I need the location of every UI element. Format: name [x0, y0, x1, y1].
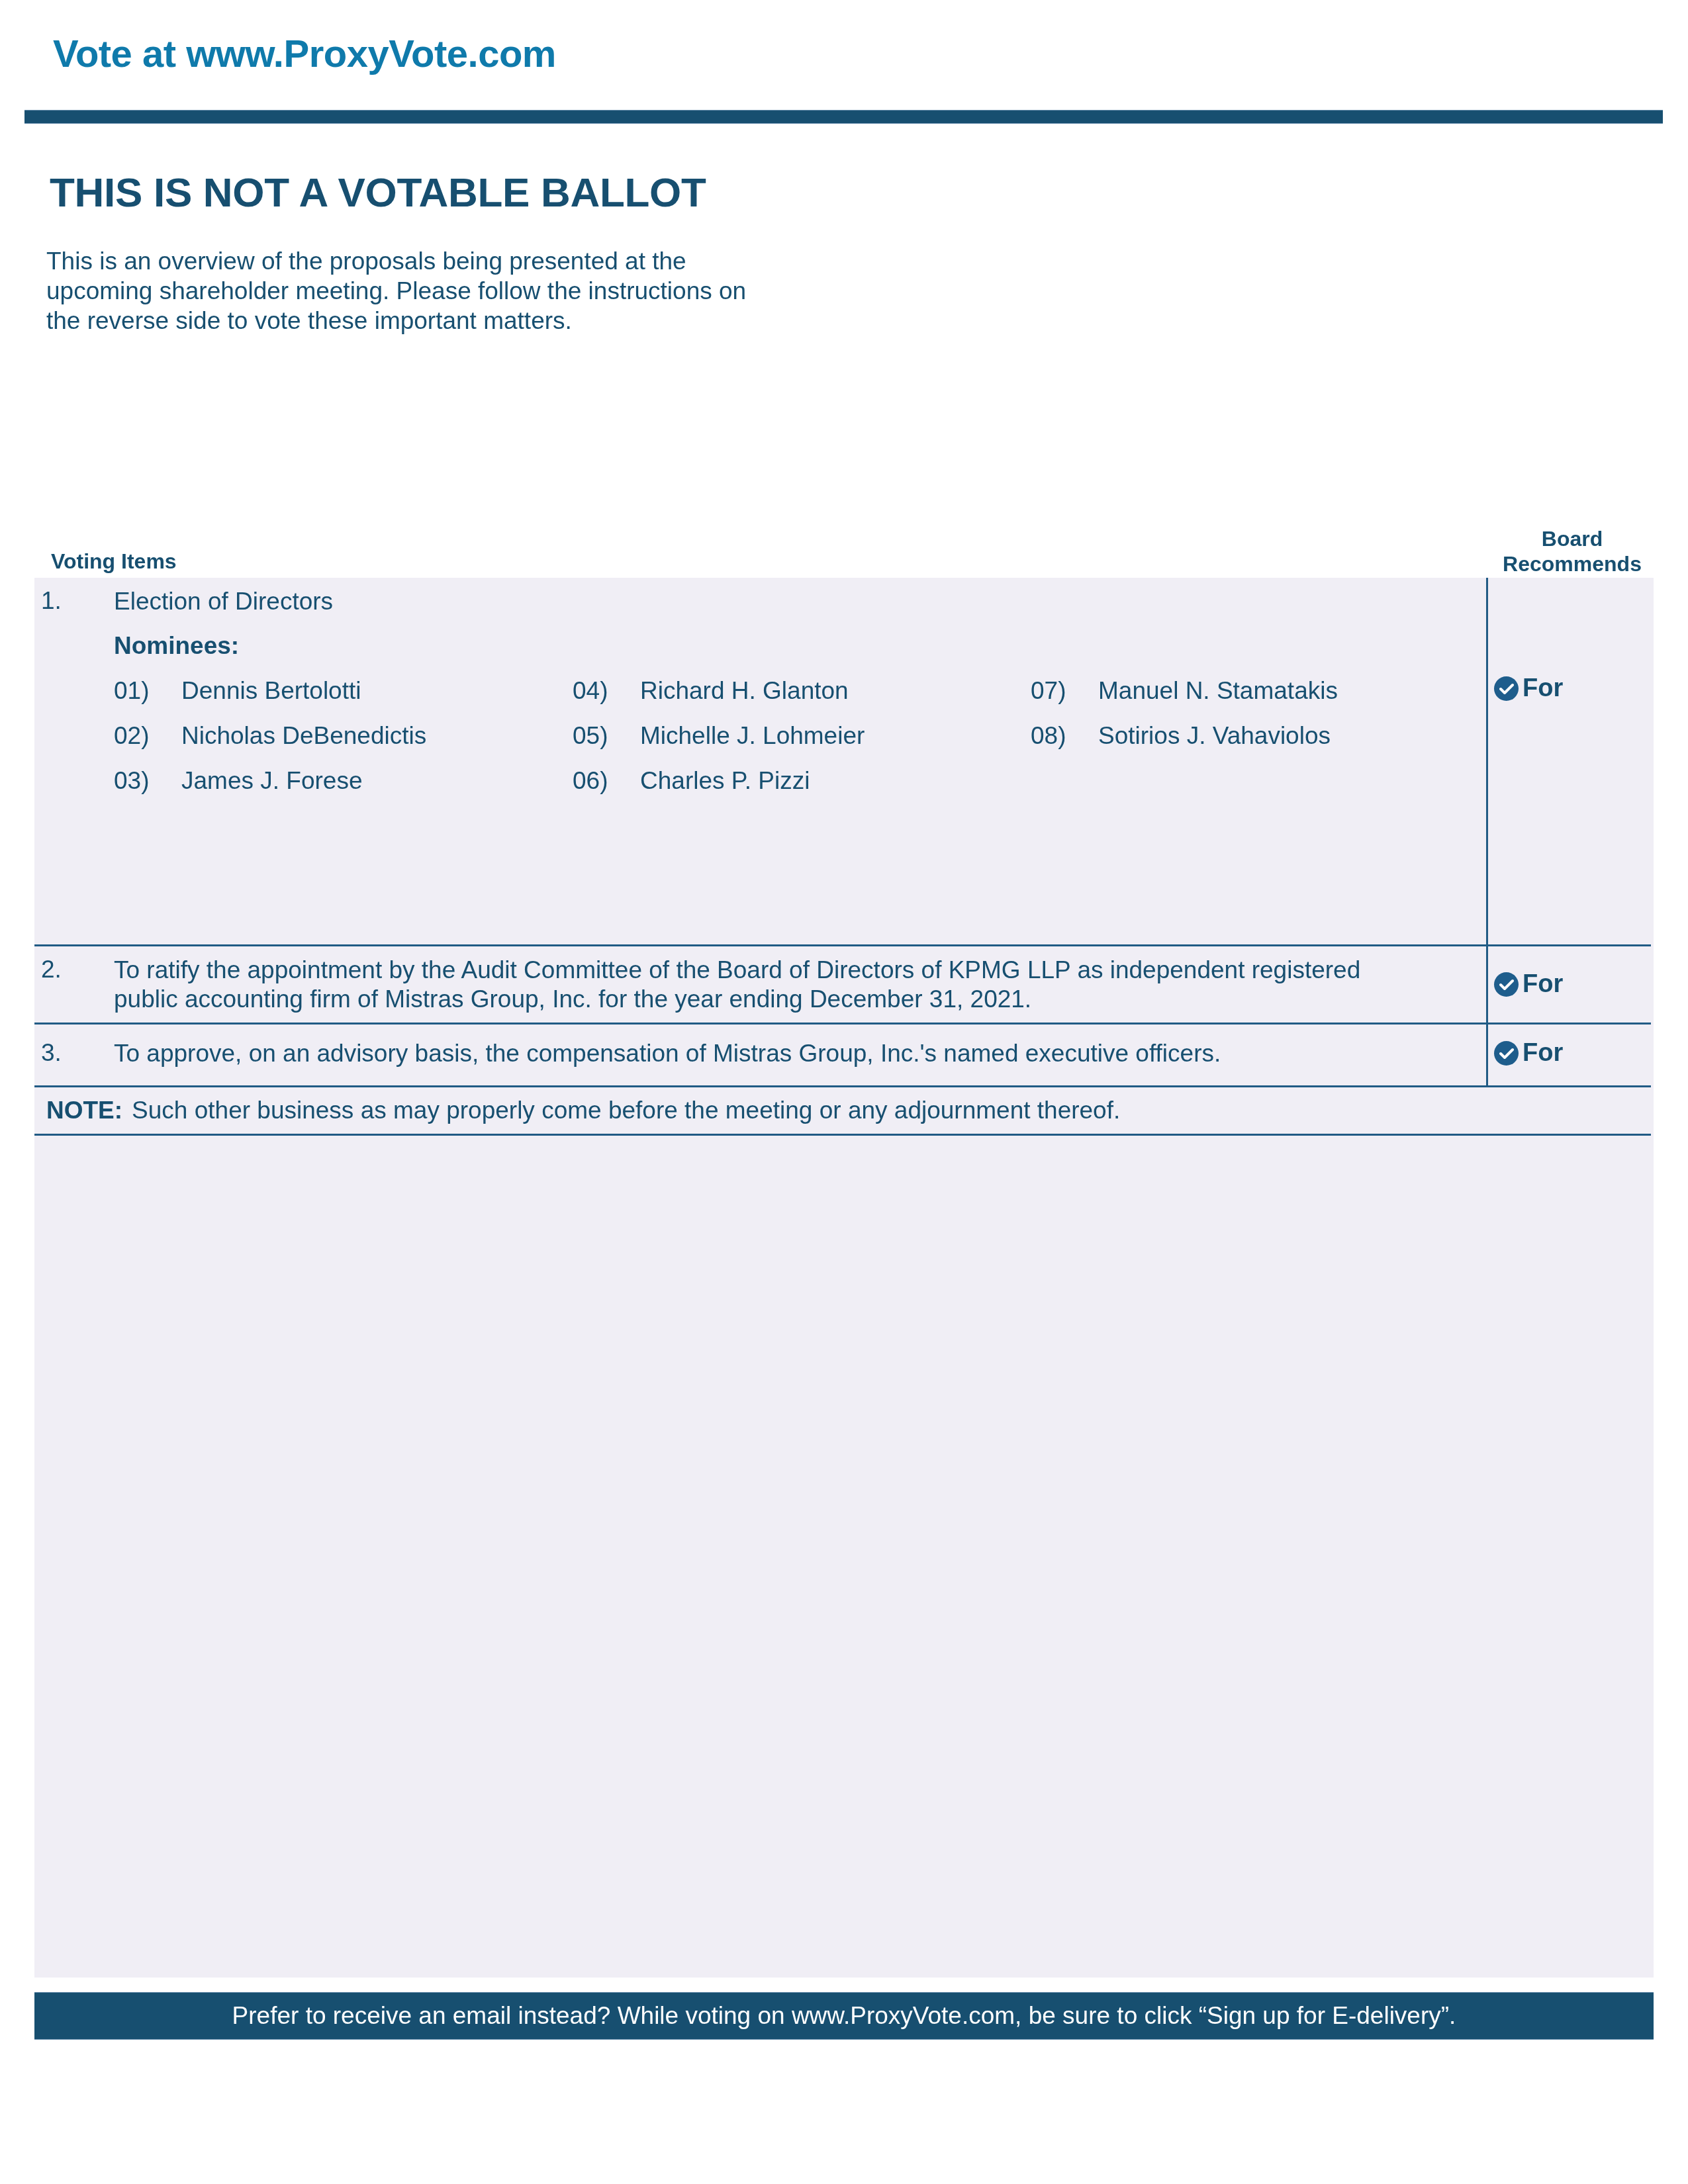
nominee-name: Sotirios J. Vahaviolos — [1098, 722, 1331, 749]
nominee-name: Dennis Bertolotti — [181, 677, 361, 704]
item-number: 2. — [41, 956, 62, 983]
item-text: To ratify the appointment by the Audit C… — [114, 956, 1360, 1014]
voting-item-1: 1. Election of Directors Nominees: 01)De… — [34, 578, 1654, 945]
nominee-number: 06) — [573, 767, 640, 795]
nominee: 08)Sotirios J. Vahaviolos — [1031, 722, 1331, 750]
nominee-number: 01) — [114, 677, 181, 705]
voting-items-header: Voting Items — [51, 549, 177, 574]
board-recommendation: For — [1494, 1039, 1563, 1068]
board-recommendation: For — [1494, 970, 1563, 999]
recommendation-label: For — [1523, 970, 1563, 999]
overview-line: This is an overview of the proposals bei… — [46, 246, 874, 276]
note-text: Such other business as may properly come… — [132, 1097, 1120, 1124]
e-delivery-banner: Prefer to receive an email instead? Whil… — [34, 1992, 1654, 2040]
not-votable-title: THIS IS NOT A VOTABLE BALLOT — [50, 169, 706, 216]
recommendation-label: For — [1523, 674, 1563, 703]
nominees-label: Nominees: — [114, 632, 239, 660]
board-recommends-line1: Board — [1486, 526, 1658, 551]
nominee-number: 03) — [114, 767, 181, 795]
item-number: 1. — [41, 587, 62, 615]
voting-item-2: 2. To ratify the appointment by the Audi… — [34, 946, 1654, 1023]
nominee: 04)Richard H. Glanton — [573, 677, 849, 705]
item-title: Election of Directors — [114, 587, 333, 616]
board-recommends-header: Board Recommends — [1486, 526, 1658, 576]
nominee: 07)Manuel N. Stamatakis — [1031, 677, 1338, 705]
nominee: 03)James J. Forese — [114, 767, 362, 795]
header-rule — [24, 110, 1663, 124]
nominee-number: 08) — [1031, 722, 1098, 750]
overview-line: upcoming shareholder meeting. Please fol… — [46, 276, 874, 306]
nominee-number: 07) — [1031, 677, 1098, 705]
check-circle-icon — [1494, 1041, 1519, 1066]
nominee: 06)Charles P. Pizzi — [573, 767, 810, 795]
e-delivery-text: Prefer to receive an email instead? Whil… — [232, 2002, 1456, 2030]
voting-items-panel: 1. Election of Directors Nominees: 01)De… — [34, 578, 1654, 1978]
overview-text: This is an overview of the proposals bei… — [46, 246, 874, 336]
check-circle-icon — [1494, 972, 1519, 997]
item-text-line: public accounting firm of Mistras Group,… — [114, 985, 1360, 1014]
item-text-line: To ratify the appointment by the Audit C… — [114, 956, 1360, 985]
nominee: 02)Nicholas DeBenedictis — [114, 722, 426, 750]
nominee-number: 02) — [114, 722, 181, 750]
vote-url-header: Vote at www.ProxyVote.com — [53, 32, 556, 76]
overview-line: the reverse side to vote these important… — [46, 306, 874, 336]
item-text: To approve, on an advisory basis, the co… — [114, 1039, 1221, 1068]
check-circle-icon — [1494, 676, 1519, 701]
note-label: NOTE: — [46, 1097, 122, 1124]
nominee-number: 05) — [573, 722, 640, 750]
nominee-name: Michelle J. Lohmeier — [640, 722, 865, 749]
nominee-name: Nicholas DeBenedictis — [181, 722, 426, 749]
nominee-name: James J. Forese — [181, 767, 362, 794]
nominee-name: Manuel N. Stamatakis — [1098, 677, 1338, 704]
item-number: 3. — [41, 1039, 62, 1067]
board-recommendation: For — [1494, 674, 1563, 703]
nominee: 01)Dennis Bertolotti — [114, 677, 361, 705]
nominee-name: Charles P. Pizzi — [640, 767, 810, 794]
nominee-name: Richard H. Glanton — [640, 677, 849, 704]
note-row: NOTE:Such other business as may properly… — [34, 1087, 1654, 1134]
row-divider — [34, 1134, 1651, 1136]
nominee: 05)Michelle J. Lohmeier — [573, 722, 865, 750]
board-recommends-line2: Recommends — [1486, 551, 1658, 576]
nominee-number: 04) — [573, 677, 640, 705]
voting-item-3: 3. To approve, on an advisory basis, the… — [34, 1024, 1654, 1087]
note: NOTE:Such other business as may properly… — [46, 1097, 1120, 1124]
recommendation-label: For — [1523, 1039, 1563, 1068]
